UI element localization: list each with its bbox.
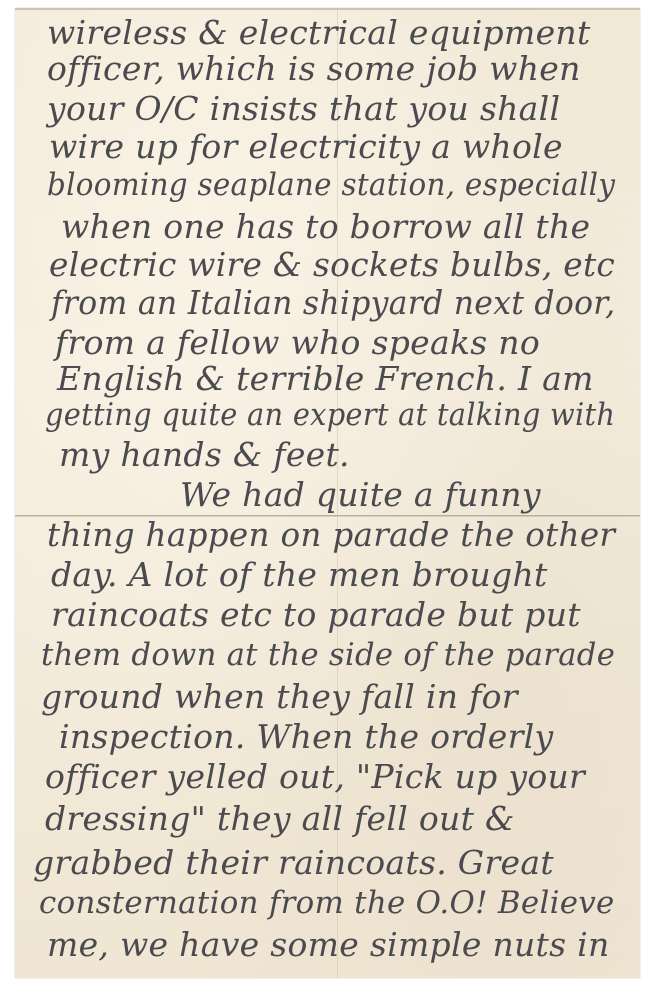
handwritten-line: blooming seaplane station, especially	[47, 170, 615, 201]
handwritten-line: thing happen on parade the other	[47, 518, 615, 551]
handwritten-line: electric wire & sockets bulbs, etc	[49, 248, 615, 281]
handwritten-line: We had quite a funny	[180, 478, 541, 511]
handwritten-line: dressing" they all fell out &	[45, 802, 515, 835]
handwritten-line: from a fellow who speaks no	[55, 326, 540, 359]
handwritten-line: inspection. When the orderly	[59, 720, 553, 753]
handwritten-line: day. A lot of the men brought	[51, 558, 548, 591]
handwritten-line: wire up for electricity a whole	[49, 130, 563, 163]
handwritten-line: your O/C insists that you shall	[47, 92, 560, 125]
handwritten-line: wireless & electrical equipment	[47, 16, 591, 49]
paper-top-edge	[15, 8, 640, 10]
letter-page: wireless & electrical equipment officer,…	[15, 8, 640, 978]
handwritten-line: English & terrible French. I am	[57, 362, 594, 395]
handwritten-line: officer yelled out, "Pick up your	[45, 760, 585, 793]
handwritten-line: getting quite an expert at talking with	[45, 400, 615, 431]
handwritten-line: ground when they fall in for	[41, 680, 518, 713]
handwritten-line: when one has to borrow all the	[61, 210, 590, 243]
handwritten-line: me, we have some simple nuts in	[47, 928, 610, 961]
handwritten-line: grabbed their raincoats. Great	[33, 846, 554, 879]
handwritten-line: officer, which is some job when	[47, 52, 581, 85]
handwritten-line: them down at the side of the parade	[41, 640, 615, 671]
handwritten-line: consternation from the O.O! Believe	[39, 888, 615, 919]
handwritten-line: raincoats etc to parade but put	[51, 598, 581, 631]
handwritten-line: from an Italian shipyard next door,	[51, 286, 615, 319]
handwritten-line: my hands & feet.	[59, 438, 350, 471]
